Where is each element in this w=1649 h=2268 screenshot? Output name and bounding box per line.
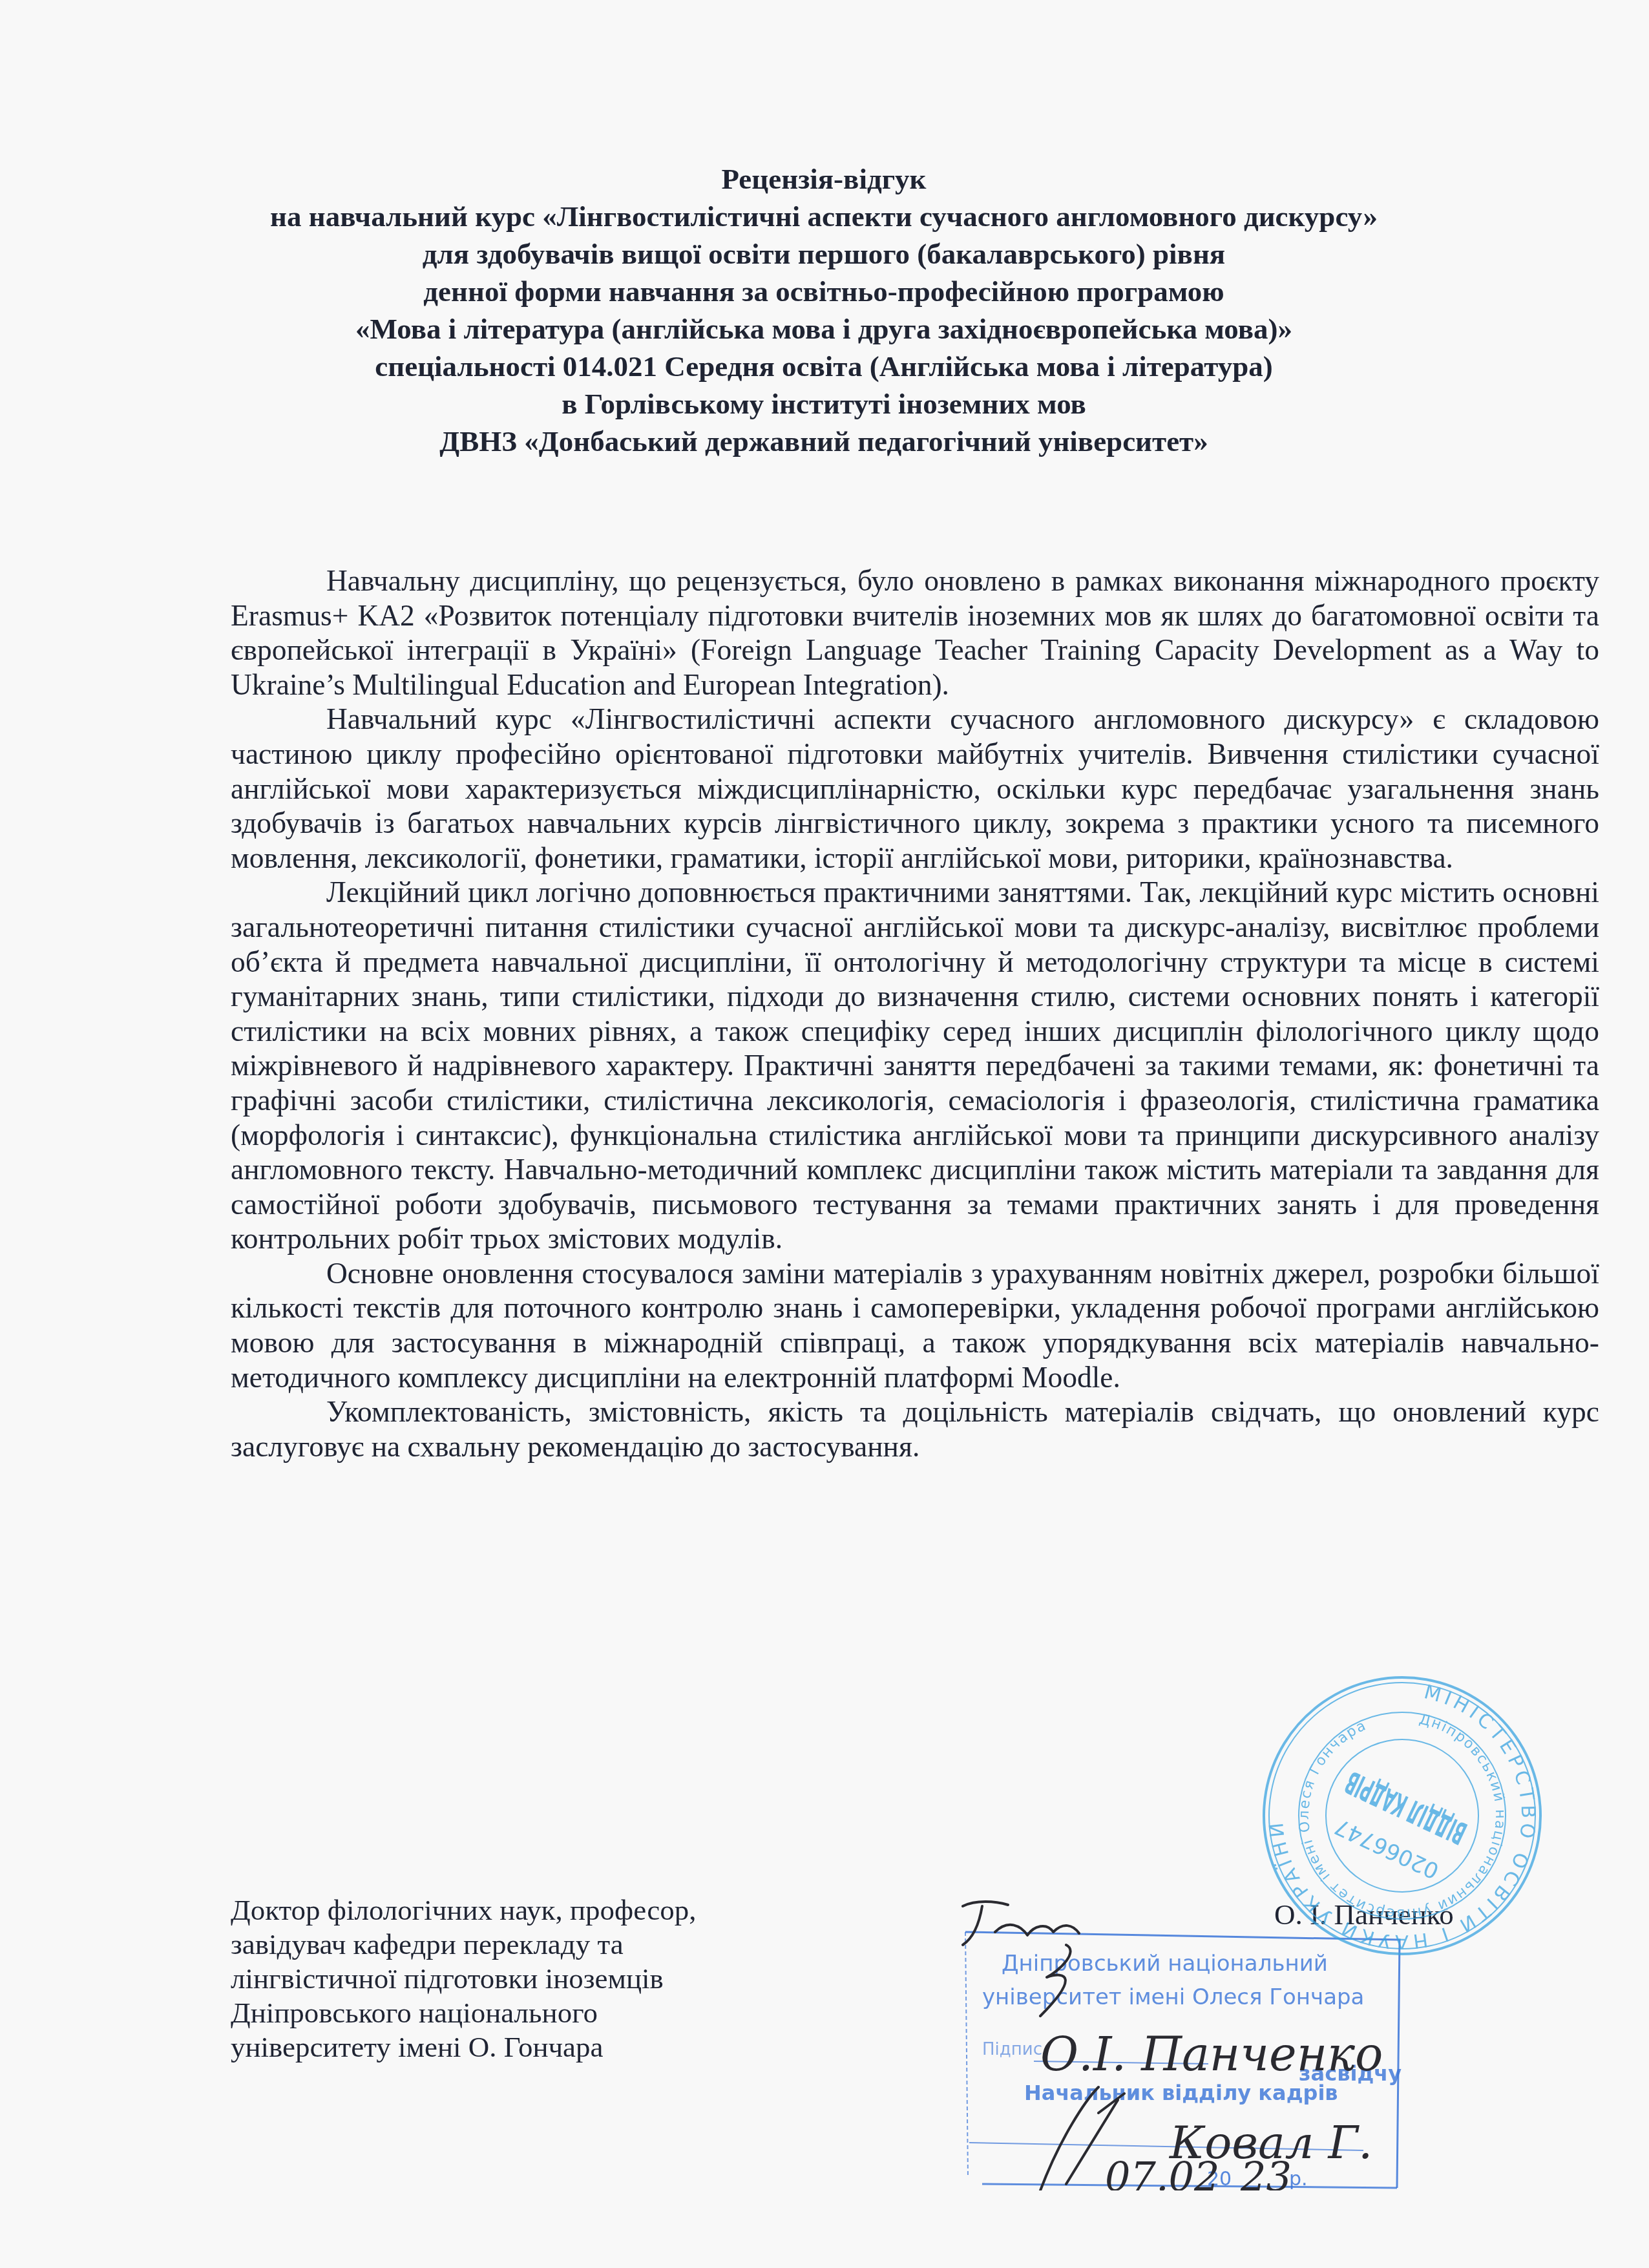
stamp-year-prefix: 20 [1207,2168,1232,2190]
handwritten-date: 07.02 [1105,2153,1220,2190]
title-line-5: «Мова і література (англійська мова і др… [194,310,1454,348]
title-line-8: ДВНЗ «Донбаський державний педагогічний … [194,423,1454,460]
handwritten-name: О.І. Панченко [1040,2027,1383,2081]
title-line-1: Рецензія-відгук [194,160,1454,198]
certification-stamp: Дніпровський національний університет ім… [963,1906,1402,2190]
document-title: Рецензія-відгук на навчальний курс «Лінг… [194,160,1454,460]
document-page: Рецензія-відгук на навчальний курс «Лінг… [0,0,1649,2268]
paragraph-lectures: Лекційний цикл логічно доповнюється прак… [231,875,1599,1256]
signer-line-5: університету імені О. Гончара [231,2030,877,2064]
handwritten-officer: Ковал Г. [1168,2116,1372,2169]
signer-name: О. І. Панченко [1274,1898,1454,1931]
stamp-signature-label: Підпис [982,2040,1042,2059]
reviewer-signature-icon [950,1887,1118,2029]
stamp-line-1: Дніпровський національний [1002,1951,1328,1977]
paragraph-update: Основне оновлення стосувалося заміни мат… [231,1256,1599,1394]
signer-line-4: Дніпровського національного [231,1996,877,2030]
stamp-certify: засвідчую [1299,2061,1402,2086]
handwritten-year: 23 [1240,2153,1292,2190]
title-line-2: на навчальний курс «Лінгвостилістичні ас… [194,198,1454,235]
title-line-3: для здобувачів вищої освіти першого (бак… [194,235,1454,273]
signer-position: Доктор філологічних наук, професор, заві… [231,1893,877,2064]
paragraph-conclusion: Укомплектованість, змістовність, якість … [231,1394,1599,1464]
stamp-officer: Начальник відділу кадрів [1024,2081,1338,2105]
signer-line-1: Доктор філологічних наук, професор, [231,1893,877,1927]
signer-line-2: завідувач кафедри перекладу та [231,1927,877,1962]
title-line-4: денної форми навчання за освітньо-профес… [194,273,1454,310]
title-line-6: спеціальності 014.021 Середня освіта (Ан… [194,348,1454,385]
stamp-year-suffix: р. [1289,2168,1308,2190]
stamp-code: 02066747 [1330,1813,1443,1884]
paragraph-course: Навчальний курс «Лінгвостилістичні аспек… [231,702,1599,875]
stamp-center: ВІДДІЛ КАДРІВ [1339,1764,1472,1851]
officer-signature-icon [1040,2087,1124,2190]
signer-line-3: лінгвістичної підготовки іноземців [231,1962,877,1996]
review-body: Навчальну дисципліну, що рецензується, б… [231,563,1599,1464]
title-line-7: в Горлівському інституті іноземних мов [194,385,1454,423]
stamp-line-2: університет імені Олеся Гончара [982,1984,1364,2010]
paragraph-project: Навчальну дисципліну, що рецензується, б… [231,563,1599,702]
